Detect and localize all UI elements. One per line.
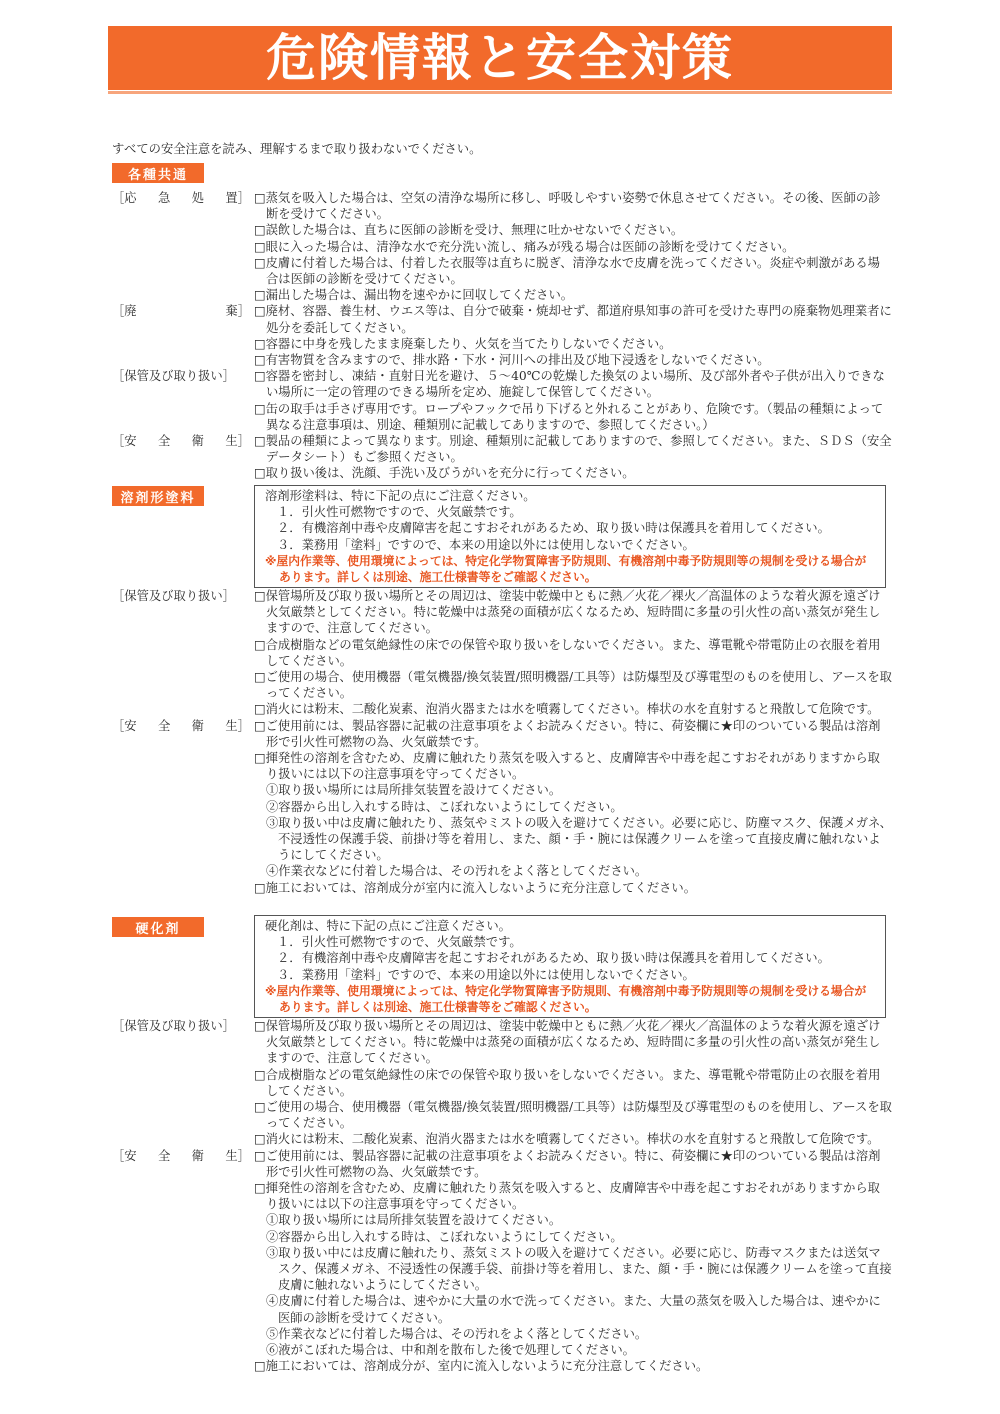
list-item: □廃材、容器、養生材、ウエス等は、自分で破棄・焼却せず、都道府県知事の許可を受け… (254, 303, 892, 335)
sub-item: ③取り扱い中は皮膚に触れたり、蒸気やミストの吸入を避けてください。必要に応じ、防… (254, 815, 892, 864)
solvent-hygiene: ［安 全 衛 生］ □ご使用前には、製品容器に記載の注意事項をよくお読みください… (112, 718, 892, 896)
sub-item: ②容器から出し入れする時は、こぼれないようにしてください。 (254, 799, 892, 815)
list-item: □消火には粉末、二酸化炭素、泡消火器または水を噴霧してください。棒状の水を直射す… (254, 701, 892, 717)
sub-item: ②容器から出し入れする時は、こぼれないようにしてください。 (254, 1229, 892, 1245)
label-storage: ［保管及び取り扱い］ (112, 588, 254, 718)
regulation-warning: ※屋内作業等、使用環境によっては、特定化学物質障害予防規則、有機溶剤中毒予防規則… (265, 983, 875, 1015)
regulation-warning: ※屋内作業等、使用環境によっては、特定化学物質障害予防規則、有機溶剤中毒予防規則… (265, 553, 875, 585)
list-item: □眼に入った場合は、清浄な水で充分洗い流し、痛みが残る場合は医師の診断を受けてく… (254, 239, 892, 255)
list-item: □缶の取手は手さげ専用です。ロープやフックで吊り下げると外れることがあり、危険で… (254, 401, 892, 433)
label-part: 全 (158, 1148, 170, 1375)
list-item: □製品の種類によって異なります。別途、種類別に記載してありますので、参照してくだ… (254, 433, 892, 465)
label-part: ［保管及び取り扱い］ (112, 1018, 235, 1148)
label-storage: ［保管及び取り扱い］ (112, 368, 254, 433)
notice-intro: 硬化剤は、特に下記の点にご注意ください。 (265, 918, 875, 934)
general-first-aid: ［応 急 処 置］ □蒸気を吸入した場合は、空気の清浄な場所に移し、呼吸しやすい… (112, 190, 892, 303)
label-first-aid: ［応 急 処 置］ (112, 190, 254, 303)
list-item: □合成樹脂などの電気絶縁性の床での保管や取り扱いをしないでください。また、導電靴… (254, 637, 892, 669)
label-part: ［保管及び取り扱い］ (112, 368, 235, 433)
label-part: 衛 (192, 433, 204, 482)
solvent-paint-section: ［保管及び取り扱い］ □保管場所及び取り扱い場所とその周辺は、塗装中乾燥中ともに… (112, 588, 892, 896)
general-section: ［応 急 処 置］ □蒸気を吸入した場合は、空気の清浄な場所に移し、呼吸しやすい… (112, 190, 892, 482)
label-part: 全 (158, 718, 170, 896)
title-underline (108, 91, 892, 94)
label-part: 全 (158, 433, 170, 482)
hardener-storage: ［保管及び取り扱い］ □保管場所及び取り扱い場所とその周辺は、塗装中乾燥中ともに… (112, 1018, 892, 1148)
sub-item: ④皮膚に付着した場合は、速やかに大量の水で洗ってください。また、大量の蒸気を吸入… (254, 1293, 892, 1325)
general-storage: ［保管及び取り扱い］ □容器を密封し、凍結・直射日光を避け、５～40℃の乾燥した… (112, 368, 892, 433)
solvent-storage: ［保管及び取り扱い］ □保管場所及び取り扱い場所とその周辺は、塗装中乾燥中ともに… (112, 588, 892, 718)
notice-point: ３．業務用「塗料」ですので、本来の用途以外には使用しないでください。 (265, 537, 875, 553)
notice-point: １．引火性可燃物ですので、火気厳禁です。 (265, 934, 875, 950)
list-item: □ご使用前には、製品容器に記載の注意事項をよくお読みください。特に、荷姿欄に★印… (254, 718, 892, 750)
sub-item: ⑥液がこぼれた場合は、中和剤を散布した後で処理してください。 (254, 1342, 892, 1358)
list-item: □消火には粉末、二酸化炭素、泡消火器または水を噴霧してください。棒状の水を直射す… (254, 1131, 892, 1147)
list-item: □合成樹脂などの電気絶縁性の床での保管や取り扱いをしないでください。また、導電靴… (254, 1067, 892, 1099)
solvent-paint-notice-box: 溶剤形塗料は、特に下記の点にご注意ください。 １．引火性可燃物ですので、火気厳禁… (254, 485, 886, 588)
section-tab-hardener: 硬化剤 (112, 917, 204, 937)
sub-item: ①取り扱い場所には局所排気装置を設けてください。 (254, 1212, 892, 1228)
section-tab-solvent-paint: 溶剤形塗料 (112, 486, 204, 506)
label-part: 棄］ (225, 303, 250, 368)
list-item: □ご使用前には、製品容器に記載の注意事項をよくお読みください。特に、荷姿欄に★印… (254, 1148, 892, 1180)
page-title: 危険情報と安全対策 (266, 33, 734, 83)
notice-point: ２．有機溶剤中毒や皮膚障害を起こすおそれがあるため、取り扱い時は保護具を着用して… (265, 520, 875, 536)
list-item: □施工においては、溶剤成分が、室内に流入しないように充分注意してください。 (254, 1358, 892, 1374)
list-item: □容器を密封し、凍結・直射日光を避け、５～40℃の乾燥した換気のよい場所、及び部… (254, 368, 892, 400)
sub-item: ④作業衣などに付着した場合は、その汚れをよく落としてください。 (254, 863, 892, 879)
general-disposal: ［廃 棄］ □廃材、容器、養生材、ウエス等は、自分で破棄・焼却せず、都道府県知事… (112, 303, 892, 368)
label-hygiene: ［安 全 衛 生］ (112, 718, 254, 896)
general-hygiene: ［安 全 衛 生］ □製品の種類によって異なります。別途、種類別に記載してありま… (112, 433, 892, 482)
hardener-section: ［保管及び取り扱い］ □保管場所及び取り扱い場所とその周辺は、塗装中乾燥中ともに… (112, 1018, 892, 1374)
sub-item: ⑤作業衣などに付着した場合は、その汚れをよく落としてください。 (254, 1326, 892, 1342)
list-item: □保管場所及び取り扱い場所とその周辺は、塗装中乾燥中ともに熱／火花／裸火／高温体… (254, 1018, 892, 1067)
label-storage: ［保管及び取り扱い］ (112, 1018, 254, 1148)
list-item: □ご使用の場合、使用機器（電気機器/換気装置/照明機器/工具等）は防爆型及び導電… (254, 1099, 892, 1131)
title-banner: 危険情報と安全対策 (108, 26, 892, 90)
list-item: □揮発性の溶剤を含むため、皮膚に触れたり蒸気を吸入すると、皮膚障害や中毒を起こす… (254, 750, 892, 782)
list-item: □誤飲した場合は、直ちに医師の診断を受け、無理に吐かせないでください。 (254, 222, 892, 238)
notice-point: ３．業務用「塗料」ですので、本来の用途以外には使用しないでください。 (265, 967, 875, 983)
list-item: □有害物質を含みますので、排水路・下水・河川への排出及び地下浸透をしないでくださ… (254, 352, 892, 368)
label-part: ［安 (112, 1148, 137, 1375)
label-part: 生］ (225, 1148, 250, 1375)
label-part: ［応 (112, 190, 137, 303)
notice-point: １．引火性可燃物ですので、火気厳禁です。 (265, 504, 875, 520)
list-item: □取り扱い後は、洗顔、手洗い及びうがいを充分に行ってください。 (254, 465, 892, 481)
label-part: ［廃 (112, 303, 137, 368)
list-item: □揮発性の溶剤を含むため、皮膚に触れたり蒸気を吸入すると、皮膚障害や中毒を起こす… (254, 1180, 892, 1212)
label-part: 生］ (225, 718, 250, 896)
label-part: 置］ (225, 190, 250, 303)
label-part: 処 (192, 190, 204, 303)
list-item: □漏出した場合は、漏出物を速やかに回収してください。 (254, 287, 892, 303)
list-item: □皮膚に付着した場合は、付着した衣服等は直ちに脱ぎ、清浄な水で皮膚を洗ってくださ… (254, 255, 892, 287)
list-item: □蒸気を吸入した場合は、空気の清浄な場所に移し、呼吸しやすい姿勢で休息させてくだ… (254, 190, 892, 222)
section-tab-general: 各種共通 (112, 163, 204, 183)
sub-item: ③取り扱い中には皮膚に触れたり、蒸気ミストの吸入を避けてください。必要に応じ、防… (254, 1245, 892, 1294)
sub-item: ①取り扱い場所には局所排気装置を設けてください。 (254, 782, 892, 798)
label-hygiene: ［安 全 衛 生］ (112, 433, 254, 482)
label-part: 生］ (225, 433, 250, 482)
notice-point: ２．有機溶剤中毒や皮膚障害を起こすおそれがあるため、取り扱い時は保護具を着用して… (265, 950, 875, 966)
list-item: □施工においては、溶剤成分が室内に流入しないように充分注意してください。 (254, 880, 892, 896)
list-item: □ご使用の場合、使用機器（電気機器/換気装置/照明機器/工具等）は防爆型及び導電… (254, 669, 892, 701)
label-part: ［安 (112, 718, 137, 896)
hardener-notice-box: 硬化剤は、特に下記の点にご注意ください。 １．引火性可燃物ですので、火気厳禁です… (254, 915, 886, 1018)
label-part: ［安 (112, 433, 137, 482)
hardener-hygiene: ［安 全 衛 生］ □ご使用前には、製品容器に記載の注意事項をよくお読みください… (112, 1148, 892, 1375)
list-item: □保管場所及び取り扱い場所とその周辺は、塗装中乾燥中ともに熱／火花／裸火／高温体… (254, 588, 892, 637)
label-disposal: ［廃 棄］ (112, 303, 254, 368)
list-item: □容器に中身を残したまま廃棄したり、火気を当てたりしないでください。 (254, 336, 892, 352)
intro-text: すべての安全注意を読み、理解するまで取り扱わないでください。 (112, 141, 481, 157)
label-part: 衛 (192, 1148, 204, 1375)
label-part: ［保管及び取り扱い］ (112, 588, 235, 718)
label-hygiene: ［安 全 衛 生］ (112, 1148, 254, 1375)
label-part: 衛 (192, 718, 204, 896)
notice-intro: 溶剤形塗料は、特に下記の点にご注意ください。 (265, 488, 875, 504)
label-part: 急 (158, 190, 170, 303)
